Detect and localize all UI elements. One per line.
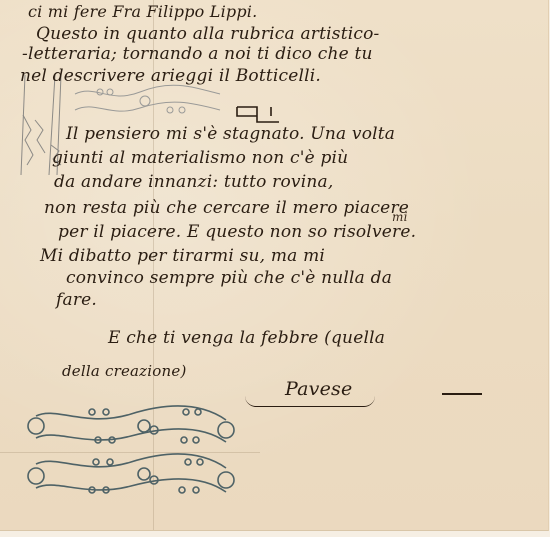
letter-line-12: fare.: [56, 290, 97, 310]
letter-line-11: convinco sempre più che c'è nulla da: [66, 268, 392, 288]
letter-line-4: nel descrivere arieggi il Botticelli.: [20, 66, 321, 86]
letter-line-6: giunti al materialismo non c'è più: [52, 148, 348, 168]
letter-line-1: ci mi fere Fra Filippo Lippi.: [28, 2, 257, 21]
letter-line-7: da andare innanzi: tutto rovina,: [54, 172, 333, 192]
letter-line-5: Il pensiero mi s'è stagnato. Una volta: [66, 124, 395, 144]
letter-line-9: per il piacere. E questo non so risolver…: [58, 222, 416, 242]
faint-pencil-ornament: [70, 84, 230, 118]
geometric-mark-icon: [233, 104, 283, 126]
closing-line-2: della creazione): [62, 362, 187, 380]
letter-line-10: Mi dibatto per tirarmi su, ma mi: [40, 246, 325, 266]
signature-dash: [442, 393, 482, 395]
letter-line-3: -letteraria; tornando a noi ti dico che …: [22, 44, 373, 64]
closing-line-1: E che ti venga la febbre (quella: [108, 328, 385, 348]
letter-line-2: Questo in quanto alla rubrica artistico-: [36, 24, 379, 44]
letter-line-8: non resta più che cercare il mero piacer…: [44, 198, 409, 218]
scrollwork-ornament: [26, 402, 236, 504]
signature-flourish: [245, 396, 375, 407]
